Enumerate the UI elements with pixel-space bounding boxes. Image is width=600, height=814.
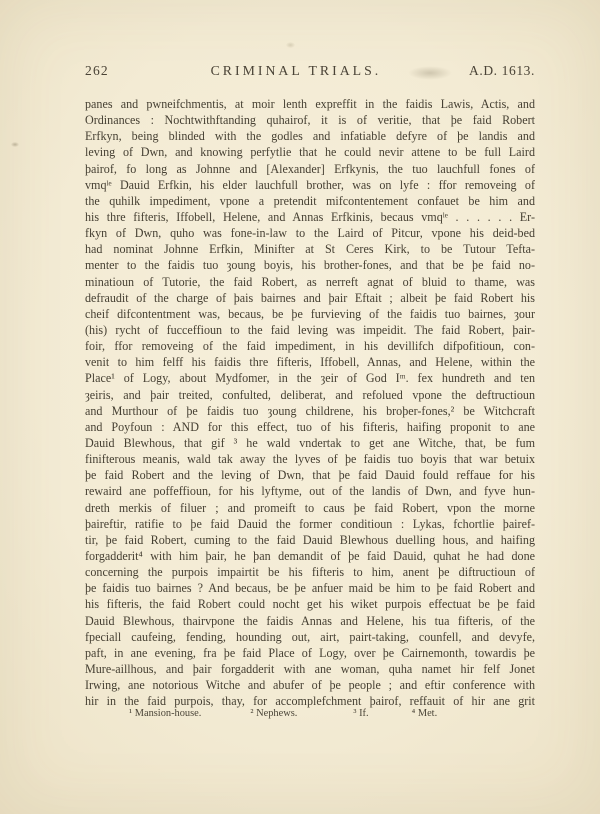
- text-line: venit to him felff his faidis thre fifte…: [85, 354, 535, 370]
- text-line: his thre fifteris, Iffobell, Helene, and…: [85, 209, 535, 225]
- text-line: Dauid Blewhous, that gif ³ he wald vnder…: [85, 435, 535, 451]
- text-line: Dauid Blewhous, thairvpone the faidis An…: [85, 613, 535, 629]
- text-line: þe faidis tuo bairnes ? And becaus, be þ…: [85, 580, 535, 596]
- text-line: Erfkyn, being blinded with the godles an…: [85, 128, 535, 144]
- text-line: concerning the purpois impairtit be his …: [85, 564, 535, 580]
- text-line: fkyn of Dwn, quho was fone-in-law to the…: [85, 225, 535, 241]
- page-date: A.D. 1613.: [469, 63, 535, 79]
- text-line: cheif difcontentment was, becaus, be þe …: [85, 306, 535, 322]
- running-title: CRIMINAL TRIALS.: [109, 63, 469, 79]
- text-line: and Poyfoun : AND for this effect, tuo o…: [85, 419, 535, 435]
- text-line: þe faid Robert and the leving of Dwn, th…: [85, 467, 535, 483]
- text-line: foir, ffor removeing of the faid impedim…: [85, 338, 535, 354]
- text-line: ȝeiris, and þair treited, confulted, del…: [85, 387, 535, 403]
- text-line: Ordinances : Nochtwithftanding quhairof,…: [85, 112, 535, 128]
- text-line: fpeciall caufeing, fending, hounding out…: [85, 629, 535, 645]
- footnote: ³ If.: [353, 708, 368, 719]
- text-line: vmqˡᵉ Dauid Erfkin, his elder lauchfull …: [85, 177, 535, 193]
- body-text: panes and pwneifchmentis, at moir lenth …: [85, 96, 535, 709]
- text-line: minatioun of Tutorie, the faid Robert, a…: [85, 274, 535, 290]
- book-page: 262 CRIMINAL TRIALS. A.D. 1613. panes an…: [0, 0, 600, 814]
- text-line: defraudit of the charge of þais bairnes …: [85, 290, 535, 306]
- footnote: ¹ Mansion-house.: [129, 708, 201, 719]
- text-line: þaireftir, ratifie to þe faid Dauid the …: [85, 516, 535, 532]
- text-line: forgadderit⁴ with him þair, he þan deman…: [85, 548, 535, 564]
- text-line: the quhilk impediment, vpone a pretendit…: [85, 193, 535, 209]
- text-line: leving of Dwn, and knowing perfytlie tha…: [85, 144, 535, 160]
- page-header: 262 CRIMINAL TRIALS. A.D. 1613.: [85, 63, 535, 79]
- text-line: and Murthour of þe faidis tuo ȝoung chil…: [85, 403, 535, 419]
- text-line: panes and pwneifchmentis, at moir lenth …: [85, 96, 535, 112]
- text-line: finifterous meanis, wald tak away the ly…: [85, 451, 535, 467]
- footnote: ² Nephews.: [250, 708, 297, 719]
- page-number: 262: [85, 63, 109, 79]
- text-line: Irwing, ane notorious Witche and abufer …: [85, 677, 535, 693]
- text-line: rewaird ane poffeffioun, for his lyftyme…: [85, 483, 535, 499]
- text-line: tir, þe faid Robert, cuming to the faid …: [85, 532, 535, 548]
- text-line: hir in the faid purpois, thay, for accom…: [85, 693, 535, 709]
- text-line: paft, in ane evening, fra þe faid Place …: [85, 645, 535, 661]
- text-line: þairof, fo long as Johnne and [Alexander…: [85, 161, 535, 177]
- text-line: dreth merkis of filuer ; and promeift to…: [85, 500, 535, 516]
- paper-speck: [286, 42, 295, 48]
- paper-speck: [11, 142, 19, 147]
- text-line: Place¹ of Logy, about Mydfomer, in the ȝ…: [85, 370, 535, 386]
- footnote: ⁴ Met.: [412, 708, 438, 719]
- text-line: (his) rycht of fucceffioun to the faid l…: [85, 322, 535, 338]
- text-line: Mure-aillhous, and þair forgadderit with…: [85, 661, 535, 677]
- text-line: had nominat Johnne Erfkin, Minifter at S…: [85, 241, 535, 257]
- footnotes: ¹ Mansion-house.² Nephews.³ If.⁴ Met.: [85, 708, 535, 719]
- text-line: his fifteris, the faid Robert could noch…: [85, 596, 535, 612]
- text-line: menter to the faidis tuo ȝoung boyis, hi…: [85, 257, 535, 273]
